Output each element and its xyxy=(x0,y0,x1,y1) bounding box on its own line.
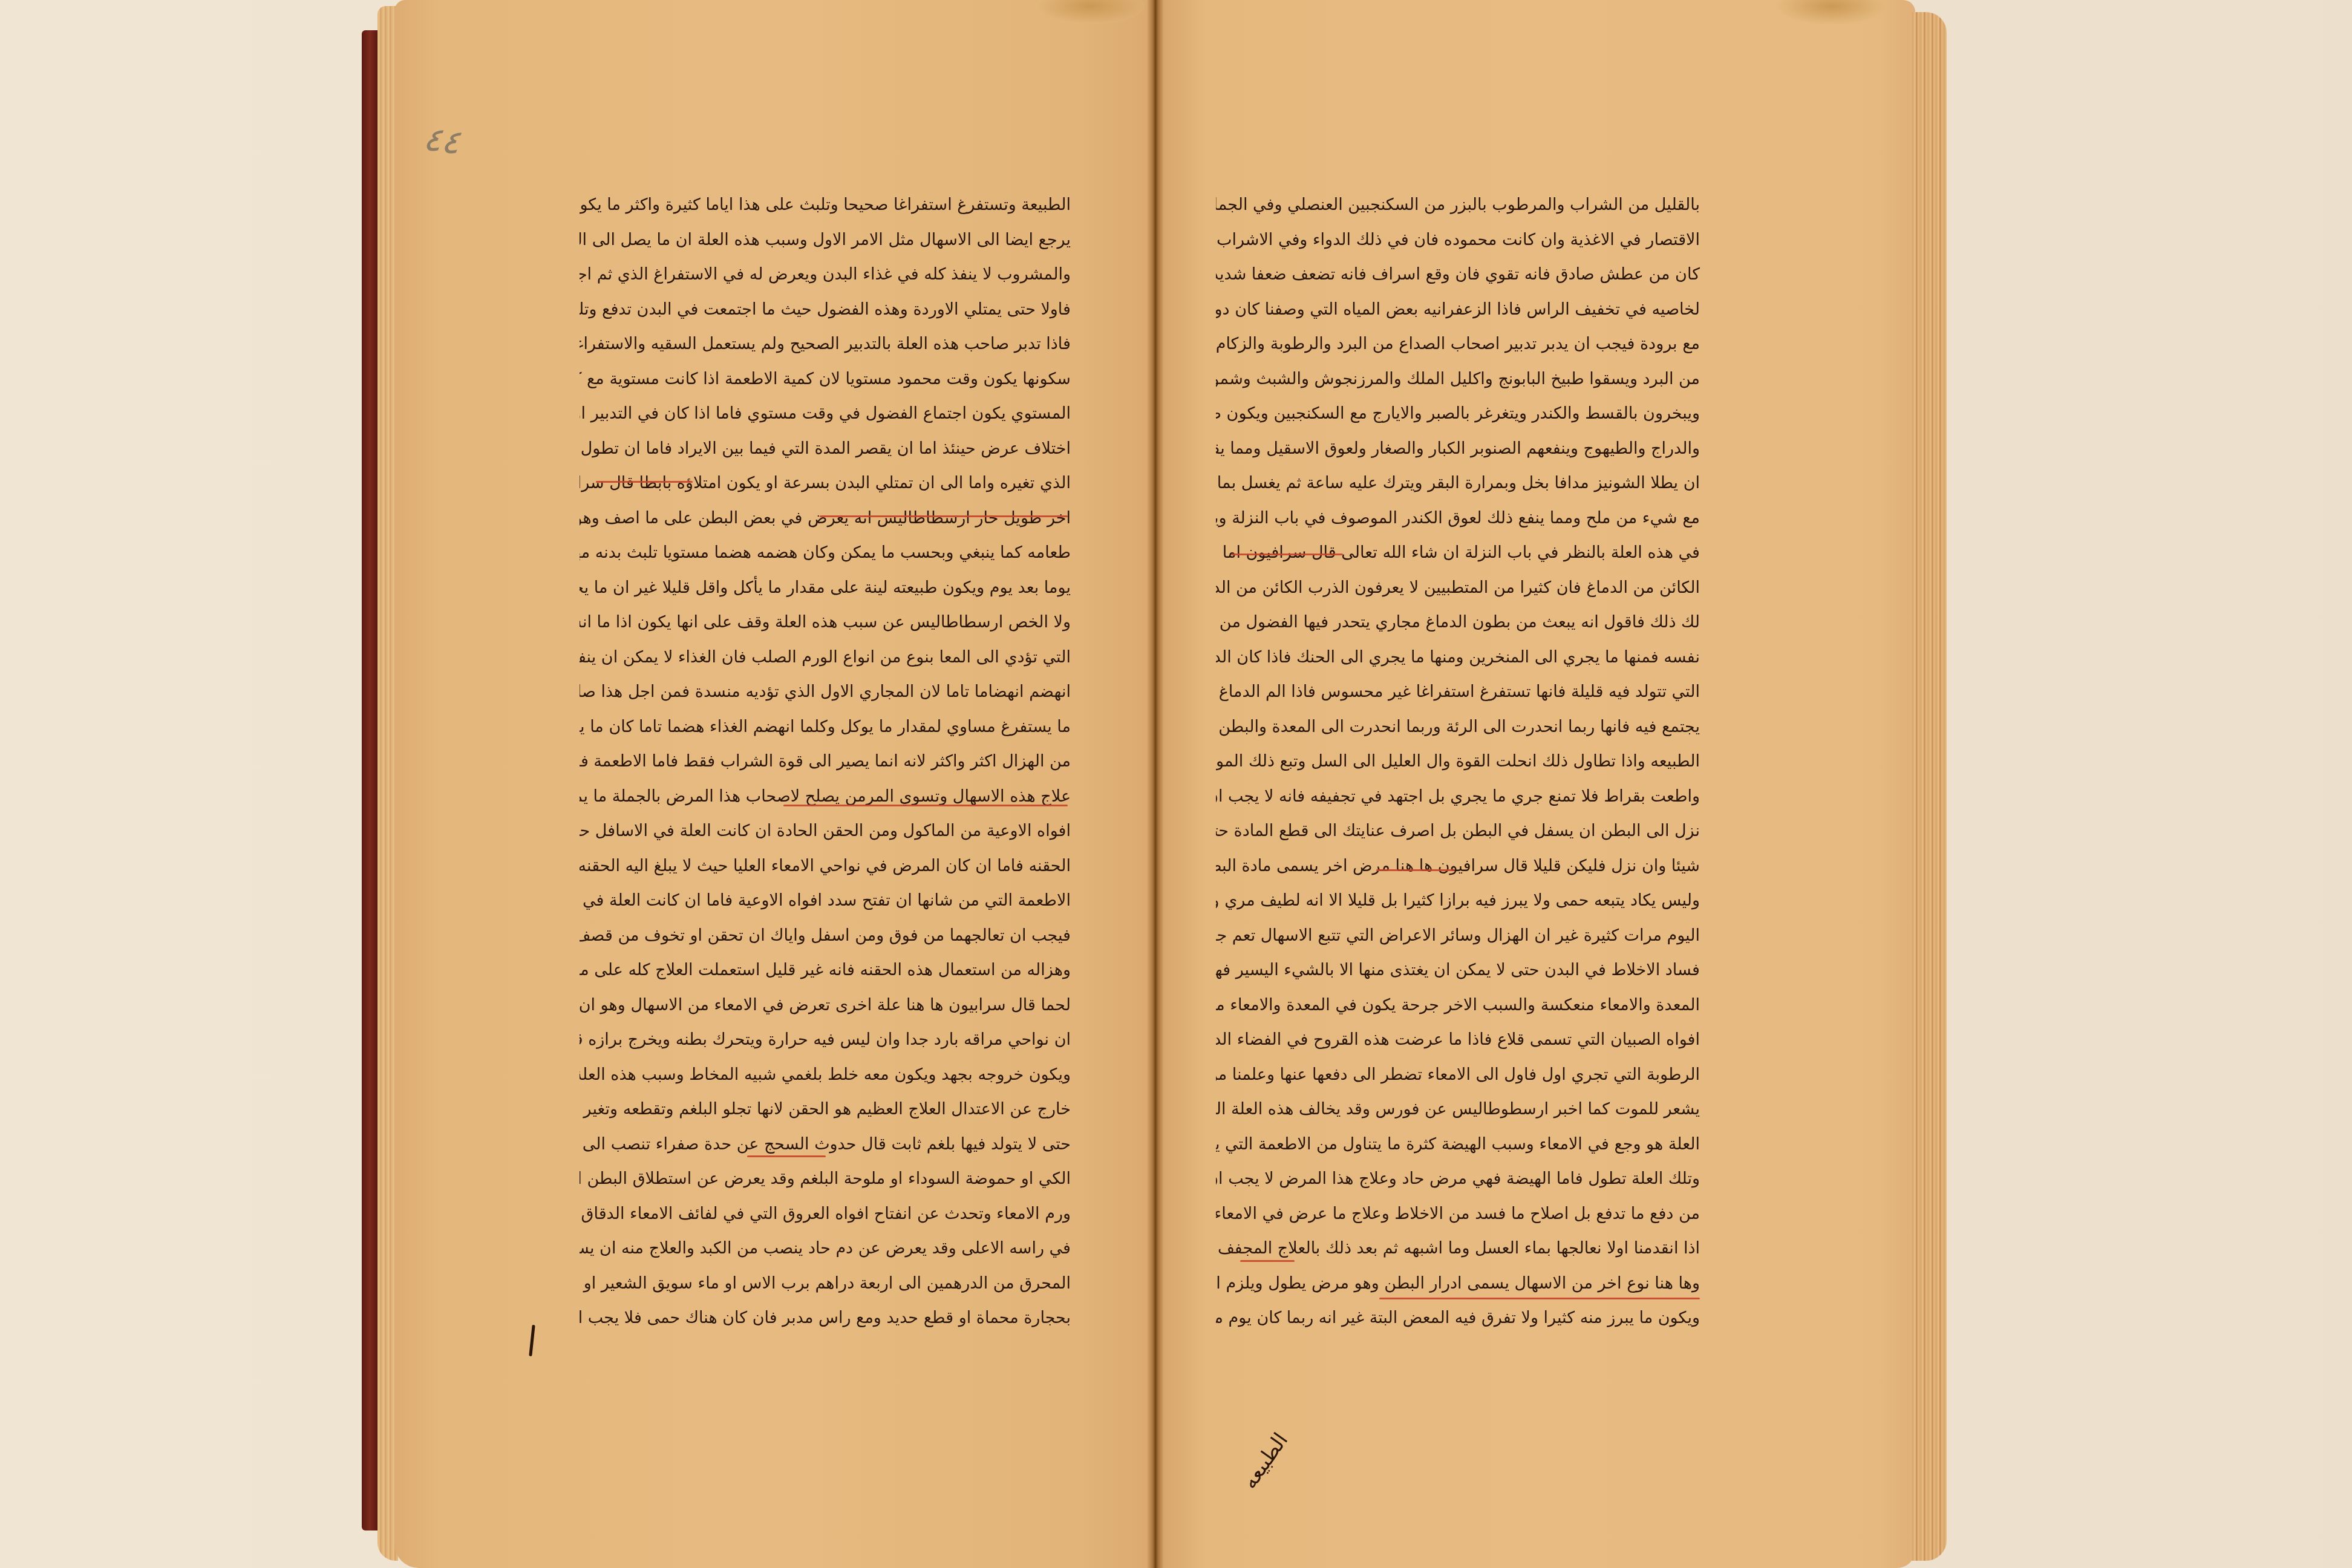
text-line: في راسه الاعلى وقد يعرض عن دم حاد ينصب م… xyxy=(580,1231,1071,1266)
text-line: ويكون ما يبرز منه كثيرا ولا تفرق فيه الم… xyxy=(1216,1301,1700,1336)
rubric-line xyxy=(747,1155,826,1157)
text-line: نفسه فمنها ما يجري الى المنخرين ومنها ما… xyxy=(1216,640,1700,675)
text-line: علاج هذه الاسهال وتسوي المرمن يصلح لاصحا… xyxy=(580,779,1071,814)
text-line: ويبخرون بالقسط والكندر ويتغرغر بالصبر وا… xyxy=(1216,396,1700,431)
text-line: ما يستفرغ مساوي لمقدار ما يوكل وكلما انه… xyxy=(580,710,1071,745)
text-line: والمشروب لا ينفذ كله في غذاء البدن ويعرض… xyxy=(580,257,1071,292)
text-line: يجتمع فيه فانها ربما انحدرت الى الرئة ور… xyxy=(1216,710,1700,745)
text-line: نزل الى البطن ان يسفل في البطن بل اصرف ع… xyxy=(1216,814,1700,849)
text-line: الكي او حموضة السوداء او ملوحة البلغم وق… xyxy=(580,1161,1071,1197)
text-line: المحرق من الدرهمين الى اربعة دراهم برب ا… xyxy=(580,1266,1071,1301)
text-line: ولا الخص ارسطاطاليس عن سبب هذه العلة وقف… xyxy=(580,605,1071,640)
rubric-line xyxy=(1240,1260,1295,1262)
text-line: افواه الصبيان التي تسمى قلاع فاذا ما عرض… xyxy=(1216,1022,1700,1057)
text-line: اخر طويل حار ارسطاطاليس انه يعرض في بعض … xyxy=(580,501,1071,536)
text-line: انهضم انهضاما تاما لان المجاري الاول الذ… xyxy=(580,675,1071,710)
text-line: المستوي يكون اجتماع الفضول في وقت مستوي … xyxy=(580,396,1071,431)
text-line: الرطوبة التي تجري اول فاول الى الامعاء ت… xyxy=(1216,1057,1700,1093)
text-line: الطبيعة وتستفرغ استفراغا صحيحا وتلبث على… xyxy=(580,188,1071,223)
text-line: الحقنه فاما ان كان المرض في نواحي الامعا… xyxy=(580,849,1071,884)
text-line: ويكون خروجه بجهد ويكون معه خلط بلغمي شبي… xyxy=(580,1057,1071,1093)
text-line: وهزاله من استعمال هذه الحقنه فانه غير قل… xyxy=(580,953,1071,988)
text-line: مع برودة فيجب ان يدبر تدبير اصحاب الصداع… xyxy=(1216,327,1700,362)
text-line: يوما بعد يوم ويكون طبيعته لينة على مقدار… xyxy=(580,570,1071,606)
text-line: الاقتصار في الاغذية وان كانت محموده فان … xyxy=(1216,223,1700,258)
rubric-line xyxy=(1379,1298,1700,1299)
text-line: ان نواحي مراقه بارد جدا وان ليس فيه حرار… xyxy=(580,1022,1071,1057)
text-line: التي تؤدي الى المعا بنوع من انواع الورم … xyxy=(580,640,1071,675)
text-line: وليس يكاد يتبعه حمى ولا يبرز فيه برازا ك… xyxy=(1216,883,1700,918)
text-line: التي تتولد فيه قليلة فانها تستفرغ استفرا… xyxy=(1216,675,1700,710)
text-line: شيئا وان نزل فليكن قليلا قال سرافيون ها … xyxy=(1216,849,1700,884)
text-line: يرجع ايضا الى الاسهال مثل الامر الاول وس… xyxy=(580,223,1071,258)
text-line: الطبيعه واذا تطاول ذلك انحلت القوة وال ا… xyxy=(1216,744,1700,779)
text-line: العلة هو وجع في الامعاء وسبب الهيضة كثرة… xyxy=(1216,1127,1700,1162)
text-line: وتلك العلة تطول فاما الهيضة فهي مرض حاد … xyxy=(1216,1161,1700,1197)
right-page-text: بالقليل من الشراب والمرطوب بالبزر من الس… xyxy=(1216,188,1700,1336)
text-line: سكونها يكون وقت محمود مستويا لان كمية ال… xyxy=(580,362,1071,397)
text-line: فساد الاخلاط في البدن حتى لا يمكن ان يغت… xyxy=(1216,953,1700,988)
text-line: وها هنا نوع اخر من الاسهال يسمى ادرار ال… xyxy=(1216,1266,1700,1301)
text-line: لخاصيه في تخفيف الراس فاذا الزعفرانيه بع… xyxy=(1216,292,1700,327)
text-line: مع شيء من ملح ومما ينفع ذلك لعوق الكندر … xyxy=(1216,501,1700,536)
text-line: المعدة والامعاء منعكسة والسبب الاخر جرحة… xyxy=(1216,988,1700,1023)
rubric-line xyxy=(820,515,1068,517)
text-line: بالقليل من الشراب والمرطوب بالبزر من الس… xyxy=(1216,188,1700,223)
rubric-line xyxy=(596,481,693,483)
left-page-text: الطبيعة وتستفرغ استفراغا صحيحا وتلبث على… xyxy=(580,188,1071,1336)
text-line: فيجب ان تعالجهما من فوق ومن اسفل واياك ا… xyxy=(580,918,1071,953)
manuscript-photograph: ٤٤ الطبيعة وتستفرغ استفراغا صحيحا وتلبث … xyxy=(0,0,2352,1568)
rubric-line xyxy=(1231,554,1343,555)
stain xyxy=(1777,0,1886,24)
gutter-fold xyxy=(1147,0,1164,1568)
rubric-line xyxy=(1376,869,1455,871)
rubric-line xyxy=(783,805,1068,806)
text-line: اختلاف عرض حينئذ اما ان يقصر المدة التي … xyxy=(580,431,1071,466)
stain xyxy=(1036,0,1145,24)
text-line: ورم الامعاء وتحدث عن انفتاح افواه العروق… xyxy=(580,1197,1071,1232)
text-line: الذي تغيره واما الى ان تمتلي البدن بسرعة… xyxy=(580,466,1071,501)
text-line: والدراج والطيهوج وينفعهم الصنوبر الكبار … xyxy=(1216,431,1700,466)
text-line: ان يطلا الشونيز مدافا بخل وبمرارة البقر … xyxy=(1216,466,1700,501)
folio-number: ٤٤ xyxy=(421,119,463,163)
text-line: فاذا تدبر صاحب هذه العلة بالتدبير الصحيح… xyxy=(580,327,1071,362)
text-line: كان من عطش صادق فانه تقوي فان وقع اسراف … xyxy=(1216,257,1700,292)
text-line: طعامه كما ينبغي وبحسب ما يمكن وكان هضمه … xyxy=(580,535,1071,570)
text-line: يشعر للموت كما اخبر ارسطوطاليس عن فورس و… xyxy=(1216,1092,1700,1127)
text-line: واطعت بقراط فلا تمنع جري ما يجري بل اجته… xyxy=(1216,779,1700,814)
text-line: الكائن من الدماغ فان كثيرا من المتطبيين … xyxy=(1216,570,1700,606)
text-line: من دفع ما تدفع بل اصلاح ما فسد من الاخلا… xyxy=(1216,1197,1700,1232)
text-line: خارج عن الاعتدال العلاج العظيم هو الحقن … xyxy=(580,1092,1071,1127)
text-line: اليوم مرات كثيرة غير ان الهزال وسائر الا… xyxy=(1216,918,1700,953)
text-line: من البرد ويسقوا طبيخ البابونج واكليل الم… xyxy=(1216,362,1700,397)
page-stack-right xyxy=(1910,12,1947,1561)
text-line: بحجارة محماة او قطع حديد ومع راس مدبر فا… xyxy=(580,1301,1071,1336)
text-line: لك ذلك فاقول انه يبعث من بطون الدماغ مجا… xyxy=(1216,605,1700,640)
text-line: لحما قال سرابيون ها هنا علة اخرى تعرض في… xyxy=(580,988,1071,1023)
text-line: افواه الاوعية من الماكول ومن الحقن الحاد… xyxy=(580,814,1071,849)
text-line: فاولا حتى يمتلي الاوردة وهذه الفضول حيث … xyxy=(580,292,1071,327)
text-line: الاطعمة التي من شانها ان تفتح سدد افواه … xyxy=(580,883,1071,918)
text-line: في هذه العلة بالنظر في باب النزلة ان شاء… xyxy=(1216,535,1700,570)
text-line: من الهزال اكثر واكثر لانه انما يصير الى … xyxy=(580,744,1071,779)
